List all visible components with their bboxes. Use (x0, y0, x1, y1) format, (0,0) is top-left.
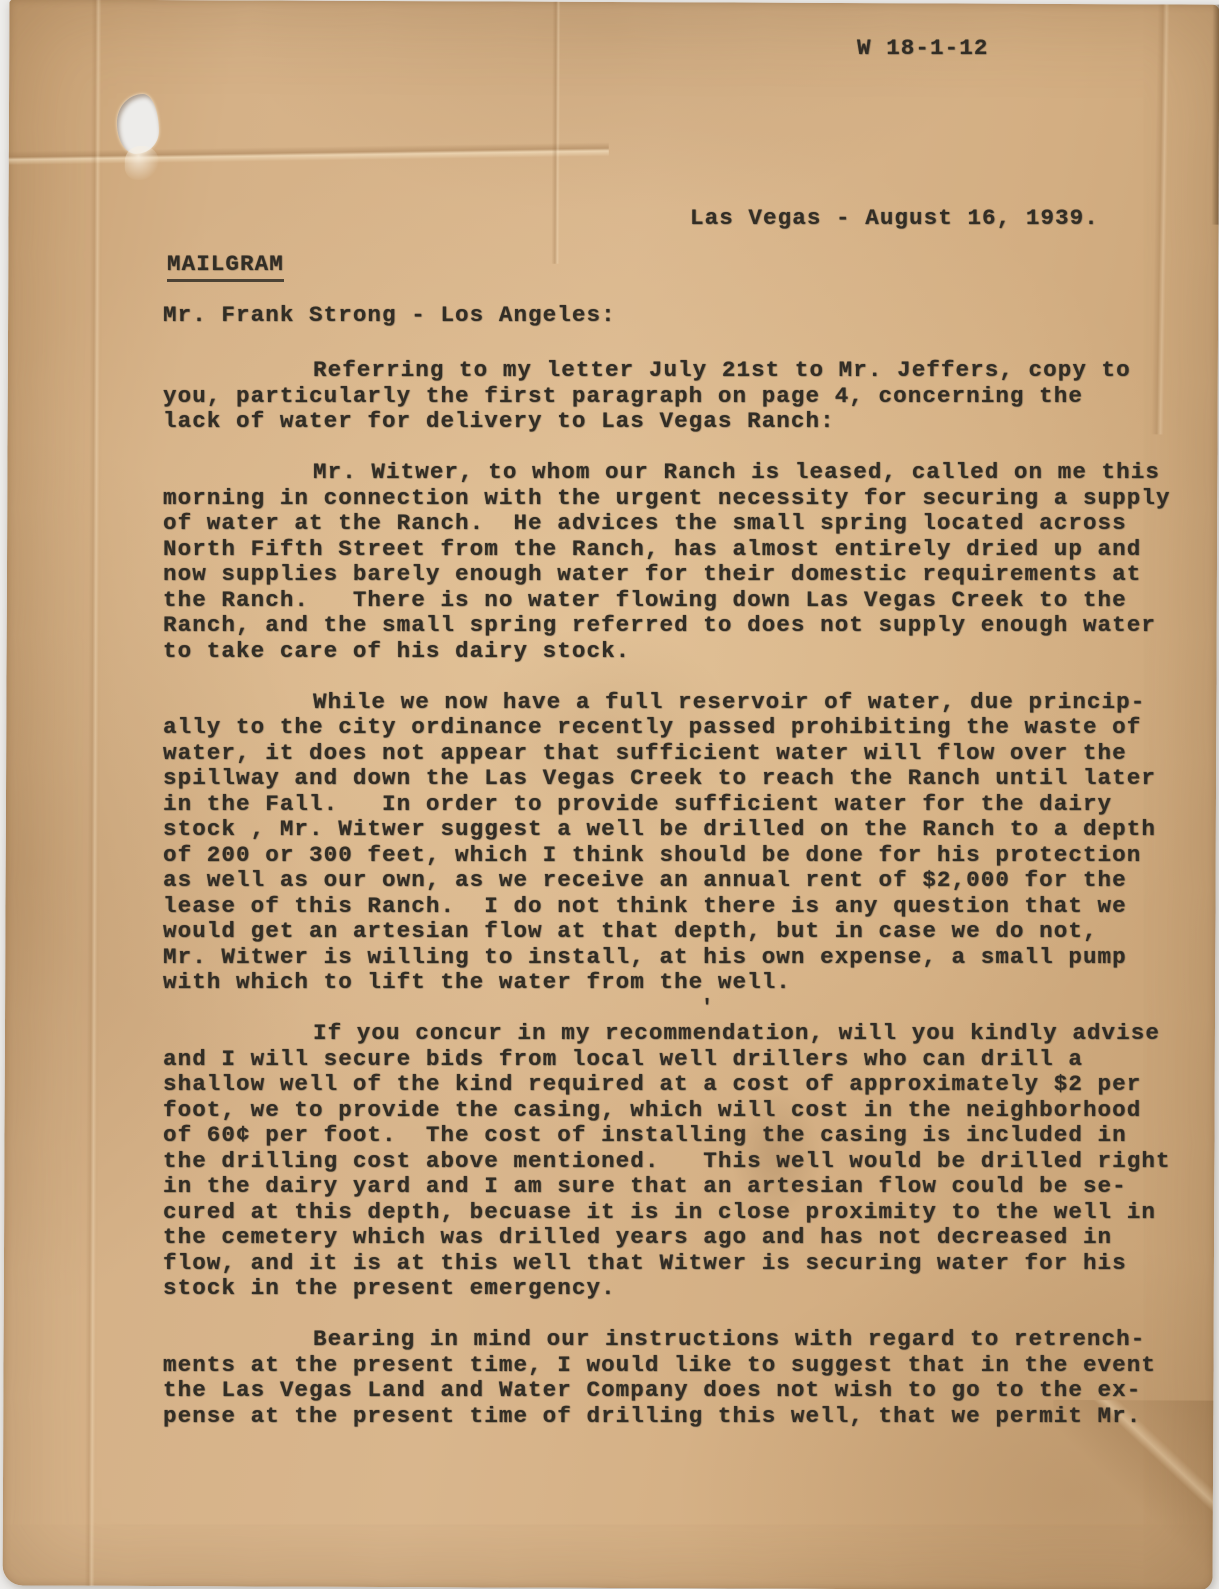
dateline: Las Vegas - August 16, 1939. (690, 206, 1099, 232)
mailgram-heading: MAILGRAM (167, 252, 284, 282)
salutation: Mr. Frank Strong - Los Angeles: (163, 303, 616, 329)
letter-paragraph: Referring to my letter July 21st to Mr. … (163, 358, 1211, 435)
letter-paragraph: If you concur in my recommendation, will… (163, 1021, 1211, 1302)
letter-paragraph: While we now have a full reservoir of wa… (163, 690, 1211, 996)
typewritten-text-layer: W 18-1-12 Las Vegas - August 16, 1939. M… (0, 0, 1219, 1589)
letter-paragraph: Mr. Witwer, to whom our Ranch is leased,… (163, 460, 1211, 664)
file-reference-number: W 18-1-12 (857, 36, 988, 62)
letter-paragraph: Bearing in mind our instructions with re… (163, 1327, 1211, 1429)
scanned-letter-page: W 18-1-12 Las Vegas - August 16, 1939. M… (0, 0, 1219, 1589)
stray-ink-mark: ' (701, 996, 714, 1022)
letter-body: Referring to my letter July 21st to Mr. … (163, 358, 1211, 1455)
